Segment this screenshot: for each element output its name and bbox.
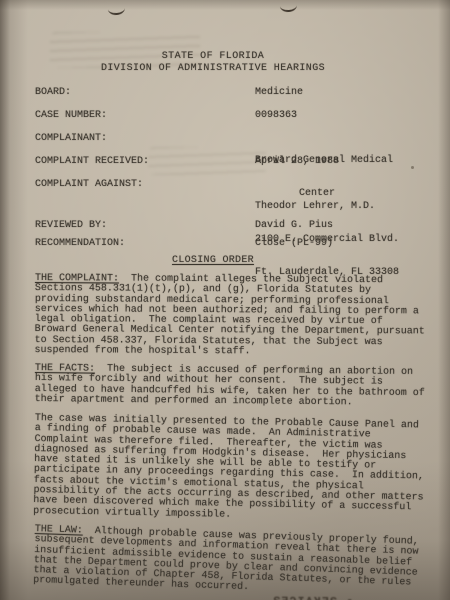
field-label: COMPLAINT RECEIVED: <box>35 156 149 167</box>
document-title: STATE OF FLORIDA DIVISION OF ADMINISTRAT… <box>13 51 413 74</box>
field-value: 0098363 <box>255 110 297 121</box>
title-line-1: STATE OF FLORIDA <box>13 51 413 63</box>
field-label: COMPLAINT AGAINST: <box>35 179 143 190</box>
paragraph-text: The complaint alleges the Subject violat… <box>34 274 430 358</box>
field-label: RECOMMENDATION: <box>35 238 125 249</box>
field-label: CASE NUMBER: <box>35 110 107 121</box>
paragraph-the-law: THE LAW: Although probable cause was pre… <box>33 525 427 600</box>
title-line-2: DIVISION OF ADMINISTRATIVE HEARINGS <box>13 63 413 75</box>
upside-down-bleedthrough-text: - SERVICES <box>272 593 353 600</box>
field-value-line: Theodor Lehrer, M.D. <box>255 201 399 212</box>
paragraph-case-history: The case was initially presented to the … <box>33 414 427 524</box>
field-value: David G. Pius <box>255 220 333 231</box>
field-label: REVIEWED BY: <box>35 220 107 231</box>
bleedthrough-ghost-text <box>148 147 266 175</box>
paragraph-the-facts: THE FACTS: The subject is accused of per… <box>35 364 427 409</box>
document-body: THE COMPLAINT: The complaint alleges the… <box>35 274 427 594</box>
staple-mark-icon <box>108 6 126 15</box>
field-label: BOARD: <box>35 87 71 98</box>
closing-order-heading: CLOSING ORDER <box>13 255 413 266</box>
ink-speck <box>411 166 414 169</box>
field-value: April 28, 1988 <box>255 156 339 167</box>
paragraph-text: The subject is accused of performing an … <box>35 364 431 409</box>
field-value: Close (PL-99) <box>255 238 333 249</box>
field-label: COMPLAINANT: <box>35 133 107 144</box>
document-photo: STATE OF FLORIDA DIVISION OF ADMINISTRAT… <box>0 0 450 600</box>
staple-mark-icon <box>280 4 297 13</box>
paragraph-text: Although probable cause was previously p… <box>33 525 425 593</box>
field-value: Medicine <box>255 87 303 98</box>
paragraph-text: The case was initially presented to the … <box>33 413 430 520</box>
paragraph-the-complaint: THE COMPLAINT: The complaint alleges the… <box>34 274 426 359</box>
